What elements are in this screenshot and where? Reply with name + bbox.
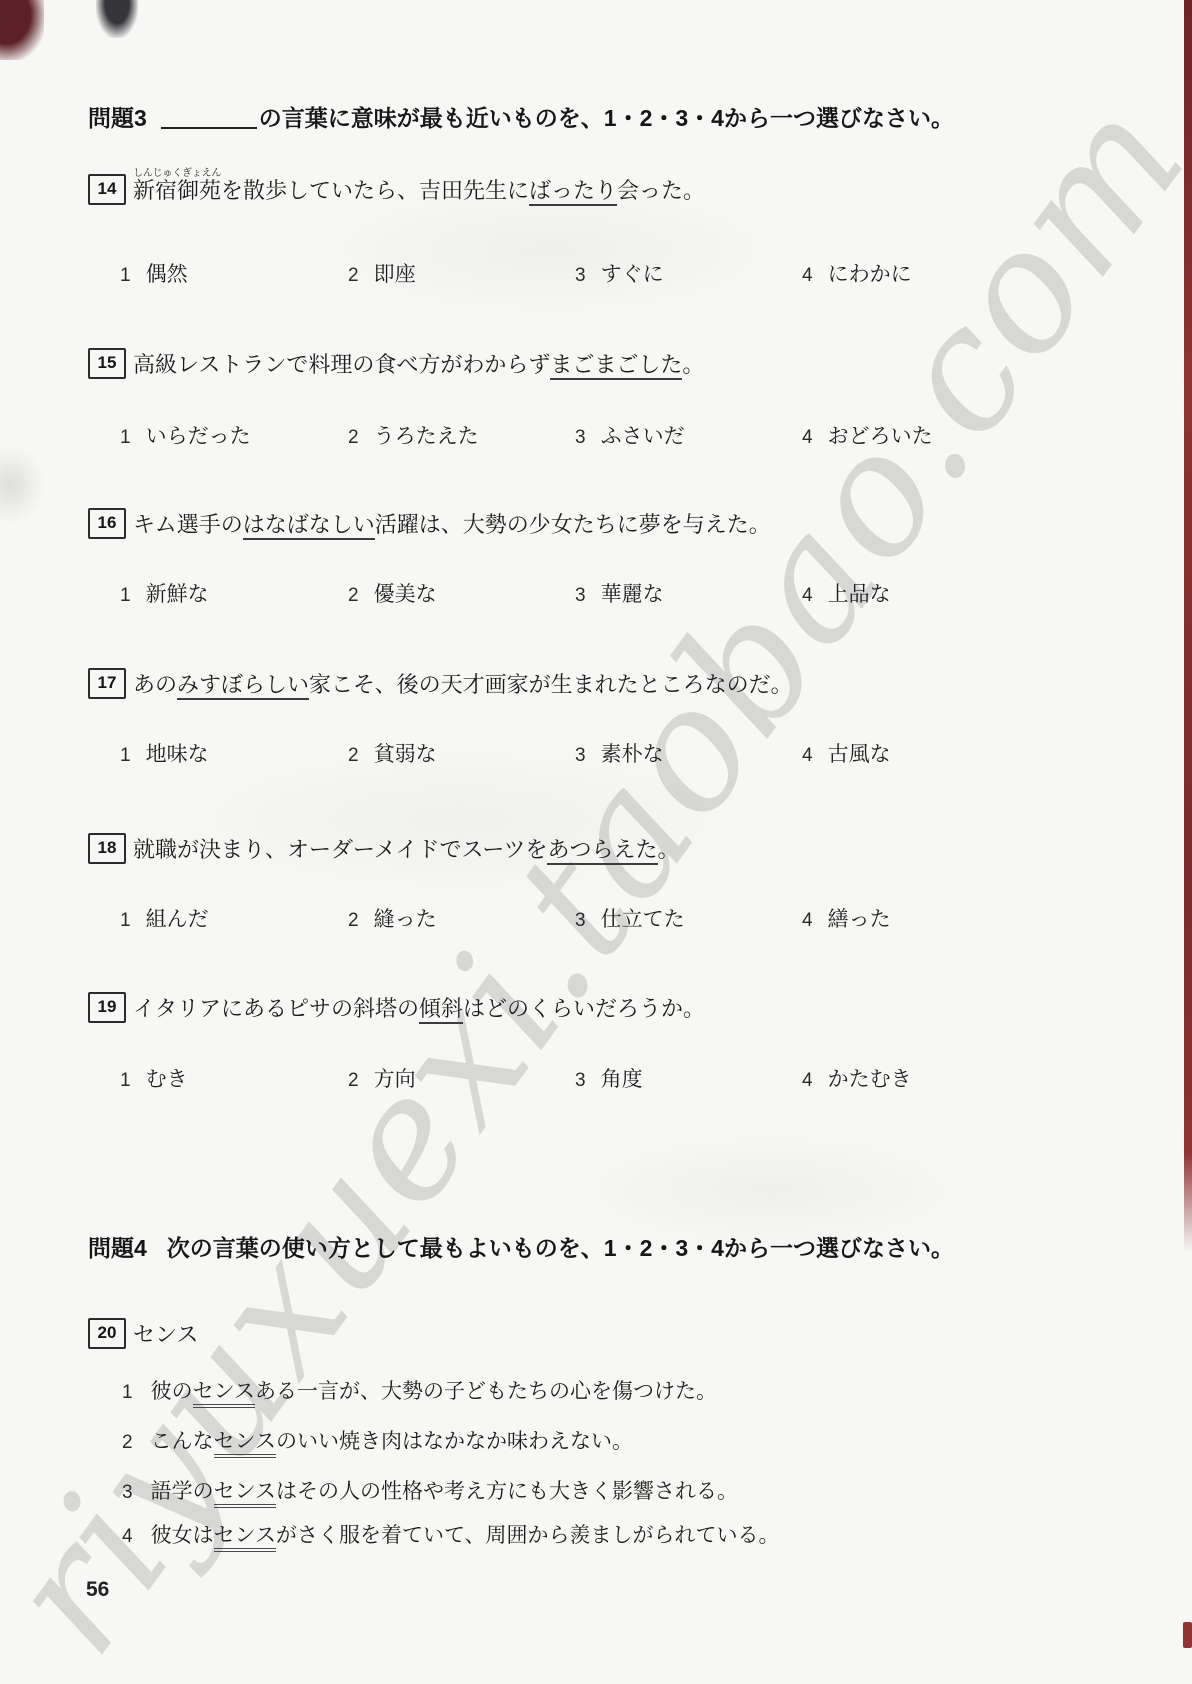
- option-1: 1組んだ: [120, 903, 348, 933]
- question-20-item-2: 2 こんなセンスのいい焼き肉はなかなか味わえない。: [122, 1428, 633, 1456]
- question-17-sentence: 17 あのみすぼらしい家こそ、後の天才画家が生まれたところなのだ。: [88, 668, 793, 700]
- option-3: 3すぐに: [575, 258, 802, 288]
- option-4: 4にわかに: [802, 258, 1130, 288]
- option-2: 2優美な: [348, 578, 575, 608]
- question-20-item-4: 4 彼女はセンスがさく服を着ていて、周囲から羨ましがられている。: [122, 1522, 780, 1550]
- option-3: 3角度: [575, 1063, 802, 1093]
- option-2: 2即座: [348, 258, 575, 288]
- scan-artifact-right-edge: [1184, 0, 1192, 1252]
- question-18-options: 1組んだ 2縫った 3仕立てた 4繕った: [120, 903, 1130, 933]
- section4-instruction: 次の言葉の使い方として最もよいものを、1・2・3・4から一つ選びなさい。: [167, 1230, 954, 1263]
- question-20-item-1: 1 彼のセンスある一言が、大勢の子どもたちの心を傷つけた。: [122, 1378, 717, 1406]
- question-14-text: 新宿御苑しんじゅくぎょえんを散歩していたら、吉田先生にばったり会った。: [133, 168, 705, 206]
- question-16-text: キム選手のはなばなしい活躍は、大勢の少女たちに夢を与えた。: [133, 511, 771, 540]
- question-17-number: 17: [88, 668, 126, 699]
- question-18-sentence: 18 就職が決まり、オーダーメイドでスーツをあつらえた。: [88, 833, 680, 865]
- option-3: 3ふさいだ: [575, 420, 802, 450]
- question-15-sentence: 15 高級レストランで料理の食べ方がわからずまごまごした。: [88, 348, 704, 380]
- underlined-word: みすぼらしい: [177, 672, 309, 700]
- option-1: 1新鮮な: [120, 578, 348, 608]
- underlined-word: あつらえた: [547, 837, 657, 865]
- section3-heading: 問題3 の言葉に意味が最も近いものを、1・2・3・4から一つ選びなさい。: [88, 100, 954, 133]
- question-14-number: 14: [88, 174, 126, 205]
- option-2: 2方向: [348, 1063, 575, 1093]
- question-14-options: 1偶然 2即座 3すぐに 4にわかに: [120, 258, 1130, 288]
- question-19-sentence: 19 イタリアにあるピサの斜塔の傾斜はどのくらいだろうか。: [88, 992, 705, 1024]
- underlined-word: センス: [214, 1430, 276, 1458]
- underlined-word: センス: [214, 1524, 276, 1552]
- question-14-sentence: 14 新宿御苑しんじゅくぎょえんを散歩していたら、吉田先生にばったり会った。: [88, 168, 705, 206]
- scan-artifact-bottom-right: [1183, 1622, 1192, 1648]
- option-4: 4おどろいた: [802, 420, 1130, 450]
- section4-label: 問題4: [88, 1230, 147, 1263]
- question-20-number: 20: [88, 1318, 126, 1349]
- question-18-number: 18: [88, 833, 126, 864]
- question-15-options: 1いらだった 2うろたえた 3ふさいだ 4おどろいた: [120, 420, 1130, 450]
- option-2: 2貧弱な: [348, 738, 575, 768]
- question-15-text: 高級レストランで料理の食べ方がわからずまごまごした。: [133, 351, 704, 380]
- question-16-number: 16: [88, 508, 126, 539]
- underlined-word: 傾斜: [419, 996, 463, 1024]
- option-2: 2縫った: [348, 903, 575, 933]
- option-4: 4古風な: [802, 738, 1130, 768]
- option-3: 3素朴な: [575, 738, 802, 768]
- underlined-word: センス: [214, 1480, 276, 1508]
- option-1: 1むき: [120, 1063, 348, 1093]
- page-number: 56: [86, 1578, 109, 1602]
- option-1: 1偶然: [120, 258, 348, 288]
- ruby-annotation: 新宿御苑しんじゅくぎょえん: [133, 178, 221, 203]
- scan-noise: [0, 445, 45, 525]
- question-20-word: センス: [133, 1321, 198, 1350]
- underlined-word: まごまごした: [550, 352, 682, 380]
- underlined-word: はなばなしい: [243, 512, 375, 540]
- option-3: 3華麗な: [575, 578, 802, 608]
- section4-heading: 問題4 次の言葉の使い方として最もよいものを、1・2・3・4から一つ選びなさい。: [88, 1230, 954, 1263]
- question-20-word-row: 20 センス: [88, 1318, 198, 1350]
- option-1: 1いらだった: [120, 420, 348, 450]
- blank-line: [161, 109, 257, 129]
- option-4: 4上品な: [802, 578, 1130, 608]
- option-4: 4かたむき: [802, 1063, 1130, 1093]
- option-2: 2うろたえた: [348, 420, 575, 450]
- scan-artifact-top: [96, 0, 138, 38]
- underlined-word: ばったり: [529, 178, 617, 206]
- question-15-number: 15: [88, 348, 126, 379]
- question-17-text: あのみすぼらしい家こそ、後の天才画家が生まれたところなのだ。: [133, 671, 793, 700]
- question-20-item-3: 3 語学のセンスはその人の性格や考え方にも大きく影響される。: [122, 1478, 738, 1506]
- scan-artifact-top-left: [0, 0, 44, 60]
- option-3: 3仕立てた: [575, 903, 802, 933]
- section3-instruction: の言葉に意味が最も近いものを、1・2・3・4から一つ選びなさい。: [259, 100, 954, 133]
- question-19-number: 19: [88, 992, 126, 1023]
- question-16-options: 1新鮮な 2優美な 3華麗な 4上品な: [120, 578, 1130, 608]
- underlined-word: センス: [193, 1380, 255, 1408]
- section3-label: 問題3: [88, 100, 147, 133]
- question-19-options: 1むき 2方向 3角度 4かたむき: [120, 1063, 1130, 1093]
- question-18-text: 就職が決まり、オーダーメイドでスーツをあつらえた。: [133, 836, 680, 865]
- question-19-text: イタリアにあるピサの斜塔の傾斜はどのくらいだろうか。: [133, 995, 705, 1024]
- scanned-test-page: riyuxuexi.taobao.com 問題3 の言葉に意味が最も近いものを、…: [0, 0, 1192, 1684]
- question-17-options: 1地味な 2貧弱な 3素朴な 4古風な: [120, 738, 1130, 768]
- option-1: 1地味な: [120, 738, 348, 768]
- option-4: 4繕った: [802, 903, 1130, 933]
- question-16-sentence: 16 キム選手のはなばなしい活躍は、大勢の少女たちに夢を与えた。: [88, 508, 771, 540]
